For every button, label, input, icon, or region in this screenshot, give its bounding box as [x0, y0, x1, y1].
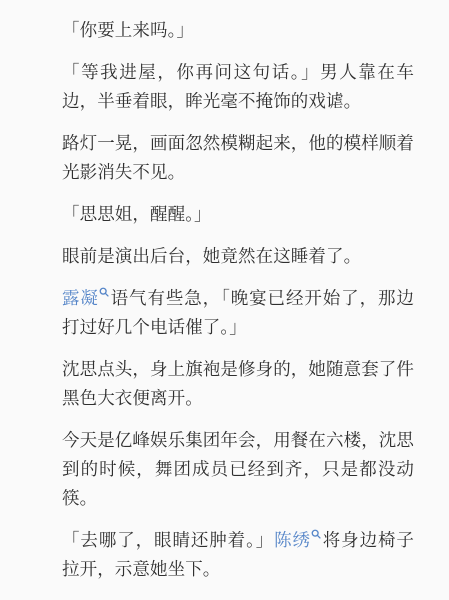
paragraph: 「去哪了，眼睛还肿着。」陈绣将身边椅子拉开，示意她坐下。: [62, 526, 414, 584]
text-segment: 路灯一晃，画面忽然模糊起来，他的模样顺着光影消失不见。: [62, 133, 414, 182]
paragraph: 今天是亿峰娱乐集团年会，用餐在六楼，沈思到的时候，舞团成员已经到齐，只是都没动筷…: [62, 426, 414, 513]
paragraph: 路灯一晃，画面忽然模糊起来，他的模样顺着光影消失不见。: [62, 129, 414, 187]
search-icon: [311, 529, 321, 539]
novel-text-body: 「你要上来吗。」「等我进屋，你再问这句话。」男人靠在车边，半垂着眼，眸光毫不掩饰…: [62, 16, 414, 584]
paragraph: 「等我进屋，你再问这句话。」男人靠在车边，半垂着眼，眸光毫不掩饰的戏谑。: [62, 58, 414, 116]
text-segment: 「你要上来吗。」: [62, 20, 194, 40]
text-segment: 「等我进屋，你再问这句话。」男人靠在车边，半垂着眼，眸光毫不掩饰的戏谑。: [62, 62, 414, 111]
paragraph: 露凝语气有些急，「晚宴已经开始了，那边打过好几个电话催了。」: [62, 284, 414, 342]
search-icon: [99, 287, 109, 297]
reader-page: 「你要上来吗。」「等我进屋，你再问这句话。」男人靠在车边，半垂着眼，眸光毫不掩饰…: [0, 0, 449, 600]
entity-name: 露凝: [62, 288, 99, 308]
text-segment: 「去哪了，眼睛还肿着。」: [62, 530, 274, 550]
entity-name: 陈绣: [274, 530, 311, 550]
paragraph: 「你要上来吗。」: [62, 16, 414, 45]
text-segment: 沈思点头，身上旗袍是修身的，她随意套了件黑色大衣便离开。: [62, 359, 414, 408]
text-segment: 「思思姐，醒醒。」: [62, 204, 212, 224]
paragraph: 沈思点头，身上旗袍是修身的，她随意套了件黑色大衣便离开。: [62, 355, 414, 413]
entity-search-link[interactable]: 露凝: [62, 288, 110, 308]
paragraph: 眼前是演出后台，她竟然在这睡着了。: [62, 242, 414, 271]
entity-search-link[interactable]: 陈绣: [274, 530, 322, 550]
text-segment: 眼前是演出后台，她竟然在这睡着了。: [62, 246, 361, 266]
text-segment: 语气有些急，「晚宴已经开始了，那边打过好几个电话催了。」: [62, 288, 414, 337]
paragraph: 「思思姐，醒醒。」: [62, 200, 414, 229]
text-segment: 今天是亿峰娱乐集团年会，用餐在六楼，沈思到的时候，舞团成员已经到齐，只是都没动筷…: [62, 430, 414, 508]
